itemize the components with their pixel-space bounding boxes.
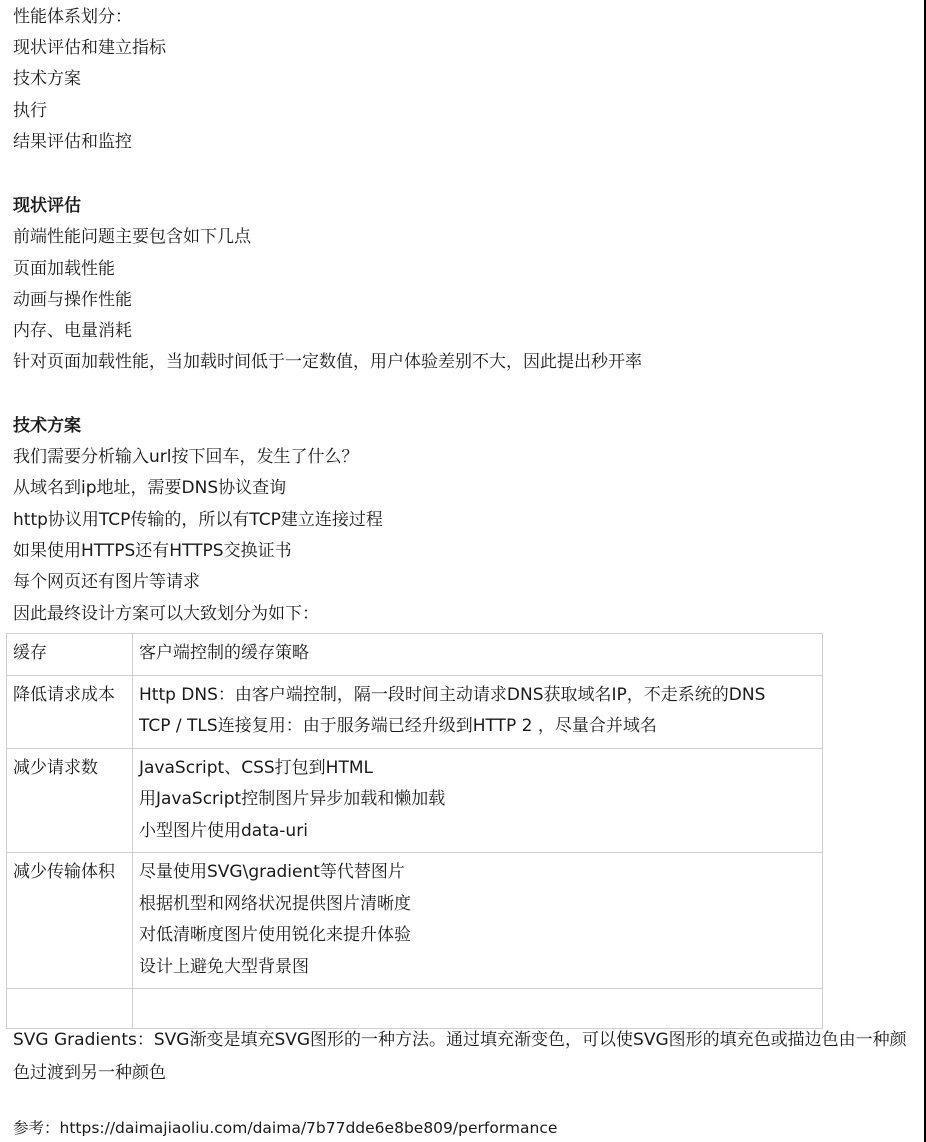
document-page: 性能体系划分： 现状评估和建立指标 技术方案 执行 结果评估和监控 现状评估 前… xyxy=(0,0,924,1142)
tech-line: http协议用TCP传输的，所以有TCP建立连接过程 xyxy=(13,505,383,536)
intro-item: 技术方案 xyxy=(13,64,81,95)
table-value-line: TCP / TLS连接复用：由于服务端已经升级到HTTP 2 ，尽量合并域名 xyxy=(139,711,816,743)
table-value-line: 客户端控制的缓存策略 xyxy=(139,638,816,670)
table-key-cell: 缓存 xyxy=(7,634,133,676)
tech-line: 我们需要分析输入url按下回车，发生了什么？ xyxy=(13,442,359,473)
intro-item: 执行 xyxy=(13,96,47,127)
design-plan-table: 缓存 客户端控制的缓存策略 降低请求成本 Http DNS：由客户端控制，隔一段… xyxy=(6,633,823,1029)
tech-line: 如果使用HTTPS还有HTTPS交换证书 xyxy=(13,536,292,567)
table-key-cell: 减少请求数 xyxy=(7,748,133,853)
table-value-line: 尽量使用SVG\gradient等代替图片 xyxy=(139,857,816,889)
table-value-line: 对低清晰度图片使用锐化来提升体验 xyxy=(139,920,816,952)
tech-line: 每个网页还有图片等请求 xyxy=(13,567,200,598)
table-row: 减少请求数 JavaScript、CSS打包到HTML 用JavaScript控… xyxy=(7,748,823,853)
svg-gradients-note: SVG Gradients：SVG渐变是填充SVG图形的一种方法。通过填充渐变色… xyxy=(13,1024,918,1090)
assessment-line: 前端性能问题主要包含如下几点 xyxy=(13,222,251,253)
table-value-cell: 客户端控制的缓存策略 xyxy=(133,634,823,676)
table-row: 缓存 客户端控制的缓存策略 xyxy=(7,634,823,676)
table-key-cell: 降低请求成本 xyxy=(7,675,133,748)
table-value-line: 用JavaScript控制图片异步加载和懒加载 xyxy=(139,784,816,816)
table-value-cell xyxy=(133,989,823,1029)
table-row: 减少传输体积 尽量使用SVG\gradient等代替图片 根据机型和网络状况提供… xyxy=(7,853,823,989)
intro-heading: 性能体系划分： xyxy=(13,2,132,33)
assessment-line: 内存、电量消耗 xyxy=(13,316,132,347)
table-value-cell: JavaScript、CSS打包到HTML 用JavaScript控制图片异步加… xyxy=(133,748,823,853)
table-value-cell: 尽量使用SVG\gradient等代替图片 根据机型和网络状况提供图片清晰度 对… xyxy=(133,853,823,989)
assessment-line: 页面加载性能 xyxy=(13,254,115,285)
table-row-empty xyxy=(7,989,823,1029)
table-key-cell xyxy=(7,989,133,1029)
table-value-line: 小型图片使用data-uri xyxy=(139,816,816,848)
section-title-tech: 技术方案 xyxy=(13,411,81,442)
section-title-assessment: 现状评估 xyxy=(13,191,81,222)
table-value-line: 根据机型和网络状况提供图片清晰度 xyxy=(139,889,816,921)
table-value-line: JavaScript、CSS打包到HTML xyxy=(139,753,816,785)
table-value-line: 设计上避免大型背景图 xyxy=(139,952,816,984)
table-value-cell: Http DNS：由客户端控制，隔一段时间主动请求DNS获取域名IP，不走系统的… xyxy=(133,675,823,748)
assessment-line: 动画与操作性能 xyxy=(13,285,132,316)
intro-item: 现状评估和建立指标 xyxy=(13,33,166,64)
table-key-cell: 减少传输体积 xyxy=(7,853,133,989)
tech-line: 因此最终设计方案可以大致划分为如下： xyxy=(13,599,319,630)
assessment-line: 针对页面加载性能，当加载时间低于一定数值，用户体验差别不大，因此提出秒开率 xyxy=(13,347,642,378)
intro-item: 结果评估和监控 xyxy=(13,127,132,158)
reference-link[interactable]: 参考：https://daimajiaoliu.com/daima/7b77dd… xyxy=(13,1113,557,1142)
table-value-line: Http DNS：由客户端控制，隔一段时间主动请求DNS获取域名IP，不走系统的… xyxy=(139,680,816,712)
table-row: 降低请求成本 Http DNS：由客户端控制，隔一段时间主动请求DNS获取域名I… xyxy=(7,675,823,748)
tech-line: 从域名到ip地址，需要DNS协议查询 xyxy=(13,473,286,504)
